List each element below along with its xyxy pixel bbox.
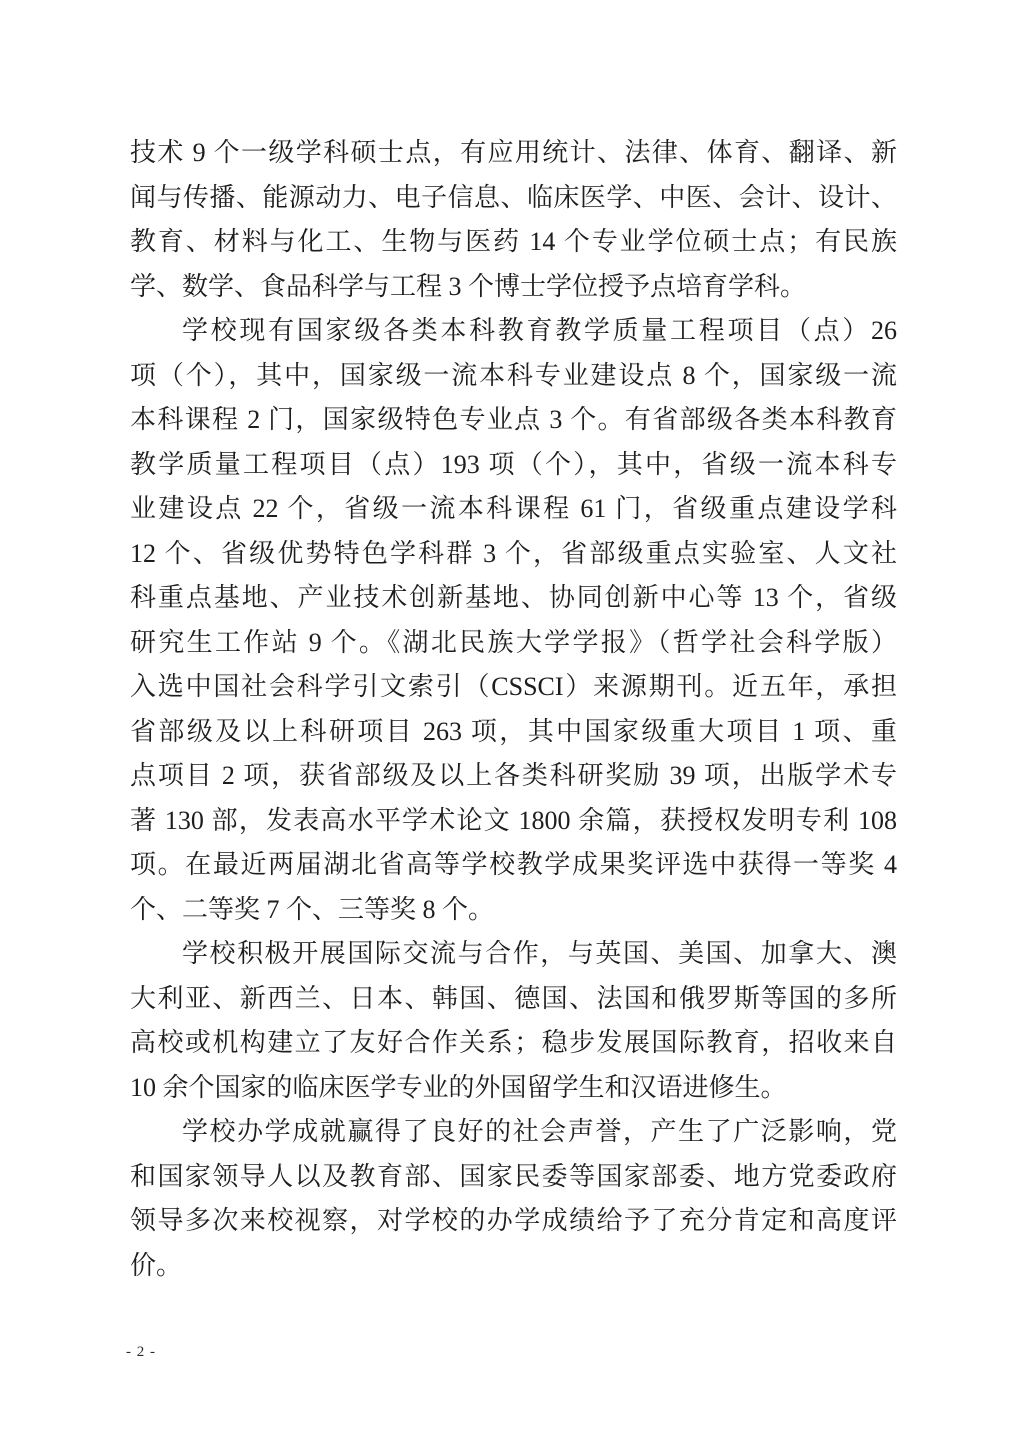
text-line: 10 余个国家的临床医学专业的外国留学生和汉语进修生。 xyxy=(130,1066,897,1111)
text-line: 省部级及以上科研项目 263 项，其中国家级重大项目 1 项、重 xyxy=(130,710,897,755)
text-line: 个、二等奖 7 个、三等奖 8 个。 xyxy=(130,888,897,933)
text-line: 教学质量工程项目（点）193 项（个），其中，省级一流本科专 xyxy=(130,443,897,488)
page-number: - 2 - xyxy=(126,1343,156,1361)
text-line: 学校现有国家级各类本科教育教学质量工程项目（点）26 xyxy=(130,309,897,354)
text-line: 项（个），其中，国家级一流本科专业建设点 8 个，国家级一流 xyxy=(130,354,897,399)
text-line: 学、数学、食品科学与工程 3 个博士学位授予点培育学科。 xyxy=(130,265,897,310)
text-line: 12 个、省级优势特色学科群 3 个，省部级重点实验室、人文社 xyxy=(130,532,897,577)
paragraph-quality-projects: 学校现有国家级各类本科教育教学质量工程项目（点）26 项（个），其中，国家级一流… xyxy=(130,309,897,932)
text-line: 科重点基地、产业技术创新基地、协同创新中心等 13 个，省级 xyxy=(130,576,897,621)
text-line: 技术 9 个一级学科硕士点，有应用统计、法律、体育、翻译、新 xyxy=(130,131,897,176)
paragraph-continuation: 技术 9 个一级学科硕士点，有应用统计、法律、体育、翻译、新 闻与传播、能源动力… xyxy=(130,131,897,309)
paragraph-international-exchange: 学校积极开展国际交流与合作，与英国、美国、加拿大、澳 大利亚、新西兰、日本、韩国… xyxy=(130,932,897,1110)
text-line: 著 130 部，发表高水平学术论文 1800 余篇，获授权发明专利 108 xyxy=(130,799,897,844)
text-line: 点项目 2 项，获省部级及以上各类科研奖励 39 项，出版学术专 xyxy=(130,754,897,799)
text-line: 研究生工作站 9 个。《湖北民族大学学报》（哲学社会科学版） xyxy=(130,621,897,666)
text-line: 高校或机构建立了友好合作关系；稳步发展国际教育，招收来自 xyxy=(130,1021,897,1066)
text-line: 学校办学成就赢得了良好的社会声誉，产生了广泛影响，党 xyxy=(130,1110,897,1155)
text-line: 教育、材料与化工、生物与医药 14 个专业学位硕士点；有民族 xyxy=(130,220,897,265)
text-line: 和国家领导人以及教育部、国家民委等国家部委、地方党委政府 xyxy=(130,1155,897,1200)
text-line: 价。 xyxy=(130,1244,897,1289)
text-line: 闻与传播、能源动力、电子信息、临床医学、中医、会计、设计、 xyxy=(130,176,897,221)
document-page: 技术 9 个一级学科硕士点，有应用统计、法律、体育、翻译、新 闻与传播、能源动力… xyxy=(0,0,1024,1448)
text-line: 本科课程 2 门，国家级特色专业点 3 个。有省部级各类本科教育 xyxy=(130,398,897,443)
text-line: 项。在最近两届湖北省高等学校教学成果奖评选中获得一等奖 4 xyxy=(130,843,897,888)
document-body: 技术 9 个一级学科硕士点，有应用统计、法律、体育、翻译、新 闻与传播、能源动力… xyxy=(130,131,897,1288)
text-line: 业建设点 22 个，省级一流本科课程 61 门，省级重点建设学科 xyxy=(130,487,897,532)
text-line: 入选中国社会科学引文索引（CSSCI）来源期刊。近五年，承担 xyxy=(130,665,897,710)
text-line: 学校积极开展国际交流与合作，与英国、美国、加拿大、澳 xyxy=(130,932,897,977)
text-line: 大利亚、新西兰、日本、韩国、德国、法国和俄罗斯等国的多所 xyxy=(130,977,897,1022)
text-line: 领导多次来校视察，对学校的办学成绩给予了充分肯定和高度评 xyxy=(130,1199,897,1244)
paragraph-reputation: 学校办学成就赢得了良好的社会声誉，产生了广泛影响，党 和国家领导人以及教育部、国… xyxy=(130,1110,897,1288)
